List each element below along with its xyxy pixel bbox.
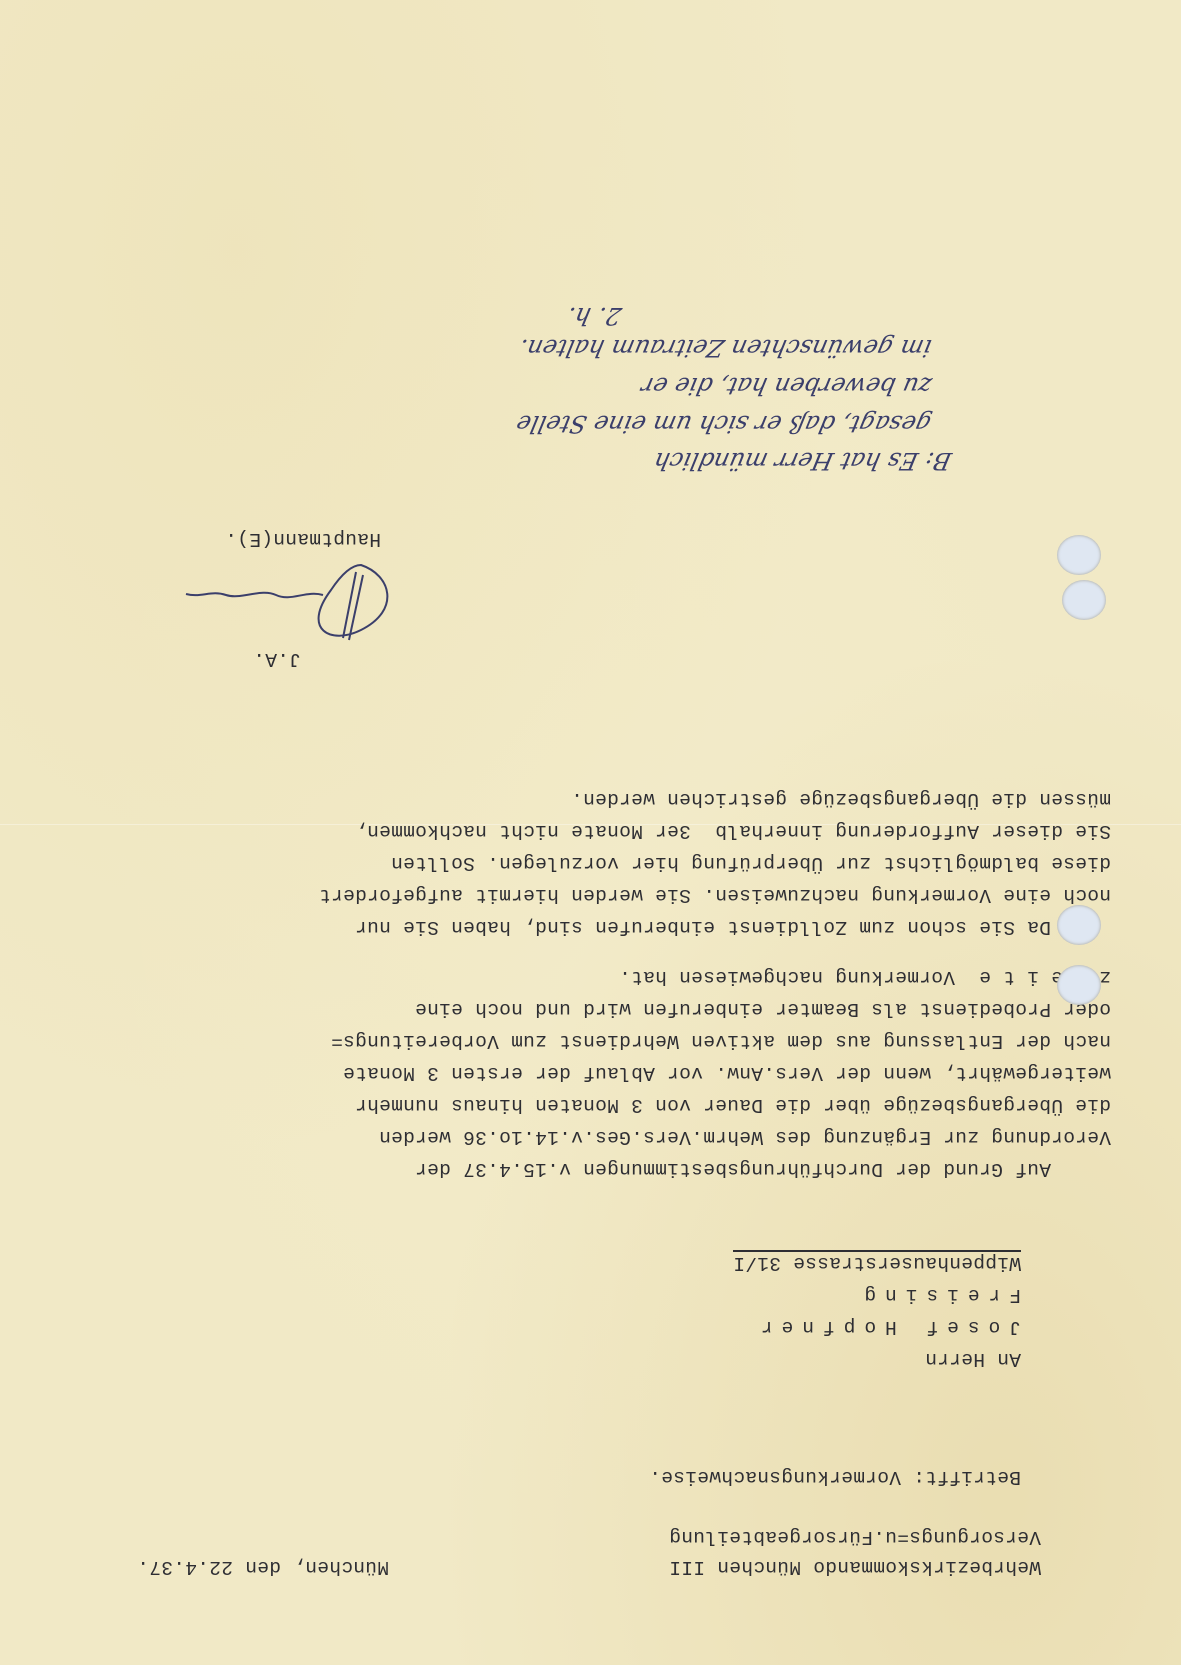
punch-hole [1057, 535, 1101, 575]
signature [141, 560, 401, 650]
letterhead-line-2: Versorgungs=u.Fürsorgeabteilung [669, 1521, 1041, 1553]
body-line: Auf Grund der Durchführungsbestimmungen … [415, 1153, 1111, 1185]
place-date: München, den 22.4.37. [137, 1551, 389, 1583]
punch-hole [1062, 580, 1106, 620]
recipient-city: Freising [855, 1279, 1021, 1311]
handwritten-line: B: Es hat Herr mündlich [650, 442, 955, 480]
body-line: weitergewährt, wenn der Vers.Anw. vor Ab… [343, 1057, 1111, 1089]
signatory-rank: Hauptmann(E). [225, 523, 381, 555]
handwritten-line: 2. h. [563, 297, 625, 335]
body-line: nach der Entlassung aus dem aktiven Wehr… [331, 1025, 1111, 1057]
signature-scribble-icon [141, 560, 401, 650]
recipient-name: Josef Hopfner [752, 1311, 1021, 1343]
body-line: Da Sie schon zum Zolldienst einberufen s… [355, 911, 1111, 943]
subject-line: Betrifft: Vormerkungsnachweise. [649, 1461, 1021, 1493]
recipient-salutation: An Herrn [925, 1343, 1021, 1375]
body-line: die Übergangsbezüge über die Dauer von 3… [355, 1089, 1111, 1121]
body-line: Verordnung zur Ergänzung des Wehrm.Vers.… [379, 1121, 1111, 1153]
body-line: diese baldmöglichst zur Überprüfung hier… [391, 847, 1111, 879]
recipient-street-text: Wippenhauserstrasse 31/I [733, 1250, 1021, 1274]
handwritten-line: gesagt, daß er sich um eine Stelle [512, 405, 935, 443]
body-line: Sie dieser Aufforderung innerhalb 3er Mo… [355, 815, 1111, 847]
body-line: z w e i t e Vormerkung nachgewiesen hat. [619, 961, 1111, 993]
punch-hole [1057, 965, 1101, 1005]
letter-page: Wehrbezirkskommando München III Versorgu… [0, 0, 1181, 1665]
handwritten-line: zu bewerben hat, die er [638, 367, 935, 405]
punch-hole [1057, 905, 1101, 945]
body-line: oder Probedienst als Beamter einberufen … [415, 993, 1111, 1025]
body-line: noch eine Vormerkung nachzuweisen. Sie w… [319, 879, 1111, 911]
recipient-street: Wippenhauserstrasse 31/I [733, 1247, 1021, 1279]
body-line: müssen die Übergangsbezüge gestrichen we… [571, 783, 1111, 815]
letterhead-line-1: Wehrbezirkskommando München III [669, 1551, 1041, 1583]
